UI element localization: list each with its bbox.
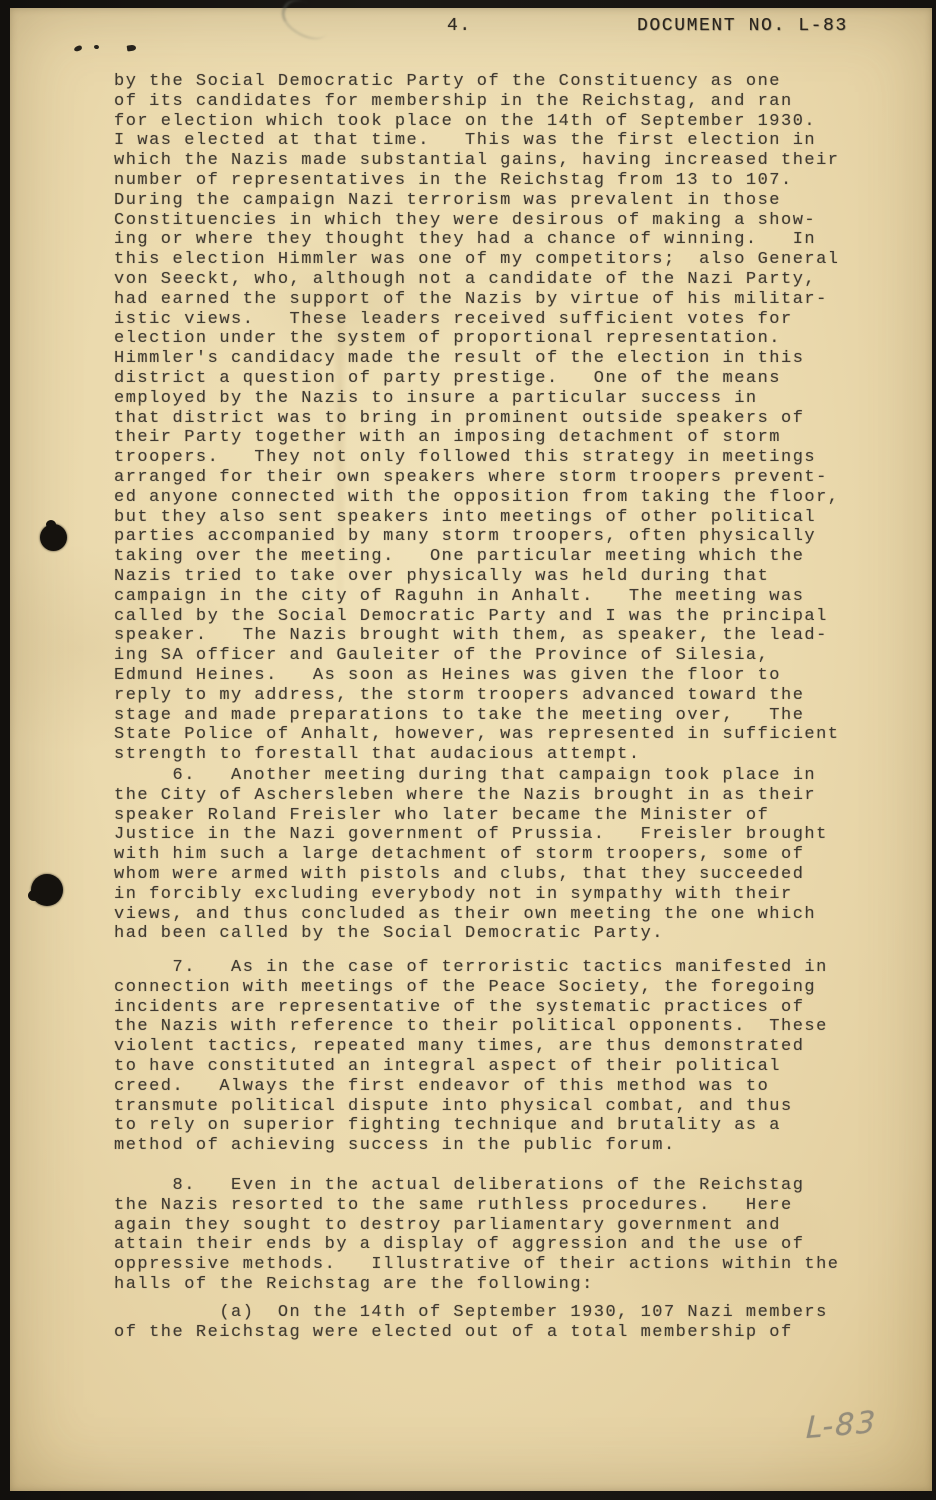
paragraph-8a: (a) On the 14th of September 1930, 107 N…: [114, 1303, 828, 1343]
hole-punch-top: [40, 524, 67, 551]
pencil-smudge-mark: [275, 0, 335, 46]
document-number-header: DOCUMENT NO. L-83: [637, 16, 848, 36]
paragraph-continuation: by the Social Democratic Party of the Co…: [114, 72, 840, 765]
scanned-page-paper: 4. DOCUMENT NO. L-83 by the Social Democ…: [10, 8, 932, 1491]
handwritten-document-number: L-83: [806, 1405, 878, 1446]
page-number: 4.: [447, 16, 472, 36]
paragraph-6: 6. Another meeting during that campaign …: [114, 766, 828, 944]
ink-specks-mark: [74, 40, 154, 56]
paragraph-7: 7. As in the case of terroristic tactics…: [114, 958, 828, 1156]
ink-speck: [73, 45, 82, 52]
ink-speck: [94, 45, 100, 50]
paragraph-8: 8. Even in the actual deliberations of t…: [114, 1176, 840, 1295]
ink-speck: [127, 44, 137, 51]
hole-punch-bottom: [31, 874, 63, 906]
